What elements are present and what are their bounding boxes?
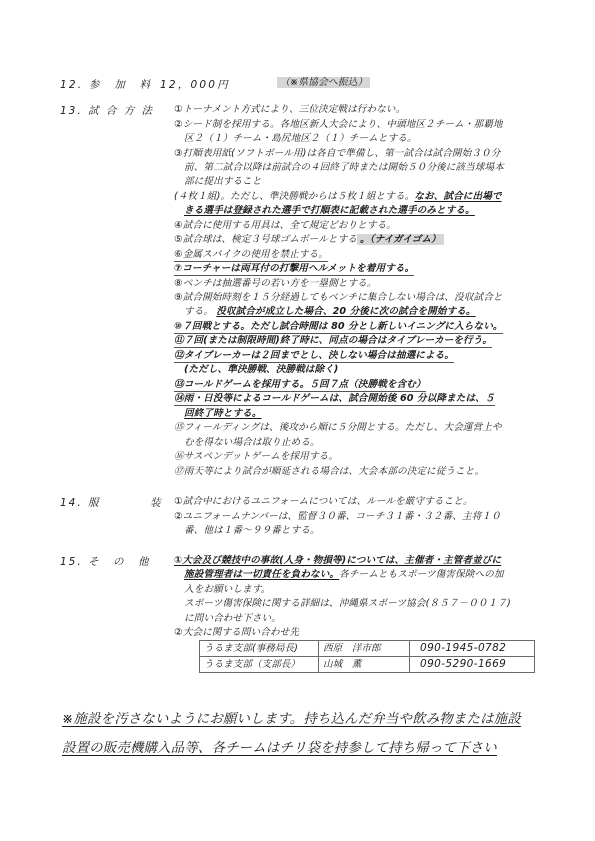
fee-amount: 12，000円 (160, 77, 230, 92)
contact-name: 西原 洋市郎 (319, 641, 410, 657)
rule-12: ⑫タイブレーカーは２回までとし、決しない場合は抽選による。 (174, 349, 454, 363)
rule-15-cont: むを得ない場合は取り止める。 (184, 436, 320, 449)
rule-16: ⑯サスペンデットゲームを採用する。 (174, 450, 338, 463)
other-label: 15. そ の 他 (60, 554, 151, 569)
rule-7: ⑦コーチャーは両耳付の打撃用ヘルメットを着用する。 (174, 262, 414, 276)
rule-14-cont: 回終了時とする。 (184, 407, 262, 420)
uniform-label-a: 14. 服 (60, 495, 101, 510)
rule-3-emphasis: きる選手は登録された選手で打順表に記載された選手のみとする。 (184, 204, 475, 217)
rule-10: ⑩７回戦とする。ただし試合時間は 80 分とし新しいイニングに入らない。 (174, 320, 503, 334)
rule-14: ⑭雨・日没等によるコールドゲームは、試合開始後 60 分以降または、５ (174, 392, 495, 406)
rule-3-cont2: 部に提出すること (184, 175, 262, 188)
rule-15: ⑮フィールディングは、後攻から順に５分間とする。ただし、大会運営上や (174, 421, 502, 434)
rule-2: ②シード制を採用する。各地区新人大会により、中頭地区２チーム・那覇地 (174, 118, 503, 131)
document-page: 12. 参 加 料 12，000円 （※県協会へ振込） 13. 試 合 方 法 … (0, 0, 595, 841)
rule-9: ⑨試合開始時刻を１５分経過してもベンチに集合しない場合は、没収試合と (174, 291, 503, 304)
rule-2-cont: 区２（１）チーム・島尻地区２（１）チームとする。 (184, 132, 417, 145)
notice-line-2: 設置の販売機購入品等、各チームはチリ袋を持参して持ち帰って下さい (62, 737, 497, 756)
match-method-label: 13. 試 合 方 法 (60, 103, 154, 118)
rule-1: ①トーナメント方式により、三位決定戦は行わない。 (174, 103, 405, 116)
other-rule-1: ①大会及び競技中の事故(人身・物損等)については、主催者・主管者並びに (174, 554, 501, 567)
uniform-rule-2-cont: 番、他は１番～９９番とする。 (184, 524, 320, 537)
rule-8: ⑧ベンチは抽選番号の若い方を一塁側とする。 (174, 277, 377, 290)
rule-9-cont: する。 没収試合が成立した場合、20 分後に次の試合を開始する。 (184, 305, 476, 318)
uniform-label-b: 装 (150, 495, 163, 510)
rule-3-cont: 前、第二試合以降は前試合の４回終了時または開始５０分後に該当球場本 (184, 161, 504, 174)
uniform-rule-2: ②ユニフォームナンバーは、監督３０番、コーチ３１番・３２番、主将１０ (174, 510, 501, 523)
other-rule-1-cont2: 入をお願いします。 (184, 583, 270, 596)
insurance-info-cont: に問い合わせ下さい。 (184, 612, 281, 625)
rule-3: ③打順表用紙(ソフトボール用)は各自で準備し、第一試合は試合開始３０分 (174, 147, 500, 160)
rule-5: ⑤試合球は、検定３号球ゴムボールとする。（ナイガイゴム） (174, 233, 444, 246)
contact-phone: 090-5290-1669 (410, 657, 535, 673)
other-rule-2: ②大会に関する問い合わせ先 (174, 626, 299, 639)
rule-13: ⑬コールドゲームを採用する。５回７点（決勝戦を含む） (174, 378, 426, 392)
other-rule-1-cont: 施設管理者は一切責任を負わない。各チームともスポーツ傷害保険への加 (184, 568, 504, 581)
contact-phone: 090-1945-0782 (410, 641, 535, 657)
notice-line-1: ※施設を汚さないようにお願いします。持ち込んだ弁当や飲み物または施設 (62, 708, 521, 727)
rule-11: ⑪７回(または制限時間)終了時に、同点の場合はタイブレーカーを行う。 (174, 334, 492, 348)
uniform-rule-1: ①試合中におけるユニフォームについては、ルールを厳守すること。 (174, 495, 473, 508)
contact-row: うるま支部（支部長） 山城 薫 090-5290-1669 (200, 657, 535, 673)
fee-note: （※県協会へ振込） (277, 76, 370, 89)
insurance-info: スポーツ傷害保険に関する詳細は、沖縄県スポーツ協会(８５７－００１７) (184, 597, 511, 610)
contact-name: 山城 薫 (319, 657, 410, 673)
rule-12-cont: (ただし、準決勝戦、決勝戦は除く) (184, 363, 338, 376)
rule-3-cont3: (４枚１組)。ただし、準決勝戦からは５枚１組とする。なお、試合に出場で (174, 190, 502, 203)
rule-4: ④試合に使用する用具は、全て規定どおりとする。 (174, 219, 396, 232)
rule-6: ⑥金属スパイクの使用を禁止する。 (174, 248, 328, 262)
rule-17: ⑰雨天等により試合が順延される場合は、大会本部の決定に従うこと。 (174, 465, 484, 478)
contact-role: うるま支部（支部長） (200, 657, 319, 673)
contact-row: うるま支部(事務局長) 西原 洋市郎 090-1945-0782 (200, 641, 535, 657)
contacts-table: うるま支部(事務局長) 西原 洋市郎 090-1945-0782 うるま支部（支… (199, 640, 535, 673)
contact-role: うるま支部(事務局長) (200, 641, 319, 657)
fee-label: 12. 参 加 料 (60, 77, 152, 92)
